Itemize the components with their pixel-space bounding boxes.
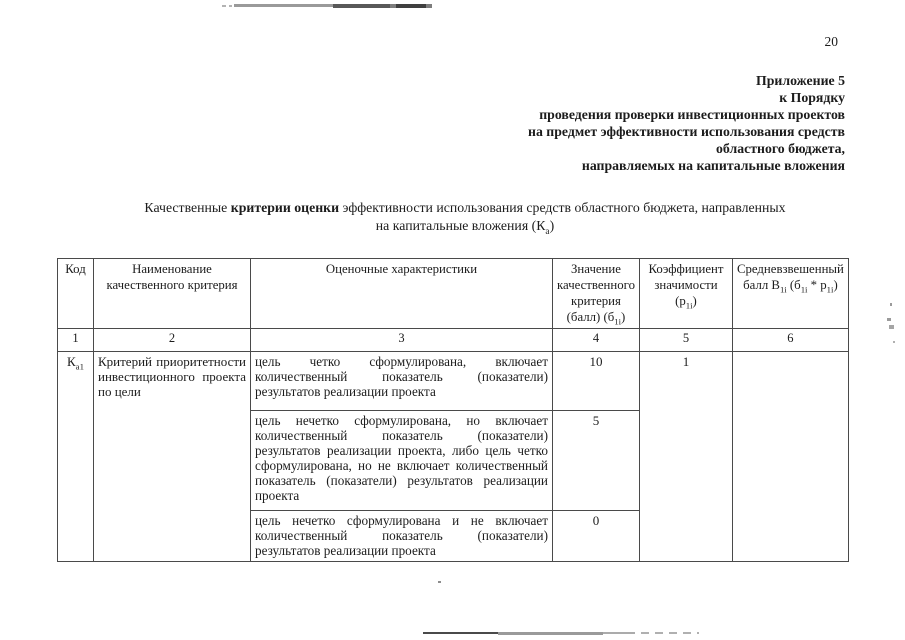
table-header-row: Код Наименование качественного критерия … xyxy=(58,259,849,329)
characteristic-value-cell: 10 xyxy=(553,352,640,411)
document-title-line1: Качественные критерии оценки эффективнос… xyxy=(70,199,860,217)
criteria-table: Код Наименование качественного критерия … xyxy=(57,258,849,562)
scan-artifact-right-smudge xyxy=(889,325,894,329)
scan-artifact-right-smudge xyxy=(887,318,891,321)
scan-artifact-top-line xyxy=(333,4,390,8)
criterion-code-cell: Ка1 xyxy=(58,352,94,562)
significance-cell: 1 xyxy=(639,352,732,562)
column-number: 5 xyxy=(639,329,732,352)
col-header-weighted: Средневзвешенный балл В1i (б1i * р1i) xyxy=(732,259,848,329)
scan-artifact-bottom-line xyxy=(498,632,603,635)
appendix-line: областного бюджета, xyxy=(528,140,845,157)
appendix-line: на предмет эффективности использования с… xyxy=(528,123,845,140)
appendix-block: Приложение 5 к Порядку проведения провер… xyxy=(528,72,845,174)
column-number: 2 xyxy=(94,329,251,352)
weighted-score-cell xyxy=(732,352,848,562)
col-header-code: Код xyxy=(58,259,94,329)
characteristic-text-cell: цель нечетко сформулирована, но включает… xyxy=(251,411,553,511)
column-number: 3 xyxy=(251,329,553,352)
appendix-line: к Порядку xyxy=(528,89,845,106)
scan-artifact-bottom-line xyxy=(641,632,699,634)
characteristic-value-cell: 0 xyxy=(553,511,640,562)
scan-artifact-right-smudge xyxy=(893,341,895,343)
col-header-criterion-name: Наименование качественного критерия xyxy=(94,259,251,329)
characteristic-value-cell: 5 xyxy=(553,411,640,511)
criterion-name-cell: Критерий приоритетности инвестиционного … xyxy=(94,352,251,562)
scan-artifact-top-line xyxy=(234,4,333,7)
scan-artifact-top-line xyxy=(396,4,426,8)
characteristic-text-cell: цель нечетко сформулирована и не включае… xyxy=(251,511,553,562)
scan-artifact-top-line xyxy=(229,5,232,7)
appendix-line: Приложение 5 xyxy=(528,72,845,89)
page-number: 20 xyxy=(825,34,839,50)
col-header-characteristics: Оценочные характеристики xyxy=(251,259,553,329)
scan-artifact-top-line xyxy=(222,5,226,7)
column-number-row: 1 2 3 4 5 6 xyxy=(58,329,849,352)
table-row-characteristic-1: Ка1 Критерий приоритетности инвестиционн… xyxy=(58,352,849,411)
scan-artifact-bottom-line xyxy=(423,632,498,634)
document-title: Качественные критерии оценки эффективнос… xyxy=(70,199,860,234)
col-header-significance: Коэффициент значимости (р1i) xyxy=(639,259,732,329)
document-title-line2: на капитальные вложения (Ка) xyxy=(70,217,860,235)
scan-artifact-right-smudge xyxy=(890,303,892,306)
column-number: 4 xyxy=(553,329,640,352)
column-number: 1 xyxy=(58,329,94,352)
scan-artifact-bottom-line xyxy=(603,632,635,634)
scan-artifact-dot xyxy=(438,581,441,583)
col-header-value: Значение качественного критерия (балл) (… xyxy=(553,259,640,329)
appendix-line: направляемых на капитальные вложения xyxy=(528,157,845,174)
characteristic-text-cell: цель четко сформулирована, включает коли… xyxy=(251,352,553,411)
column-number: 6 xyxy=(732,329,848,352)
appendix-line: проведения проверки инвестиционных проек… xyxy=(528,106,845,123)
